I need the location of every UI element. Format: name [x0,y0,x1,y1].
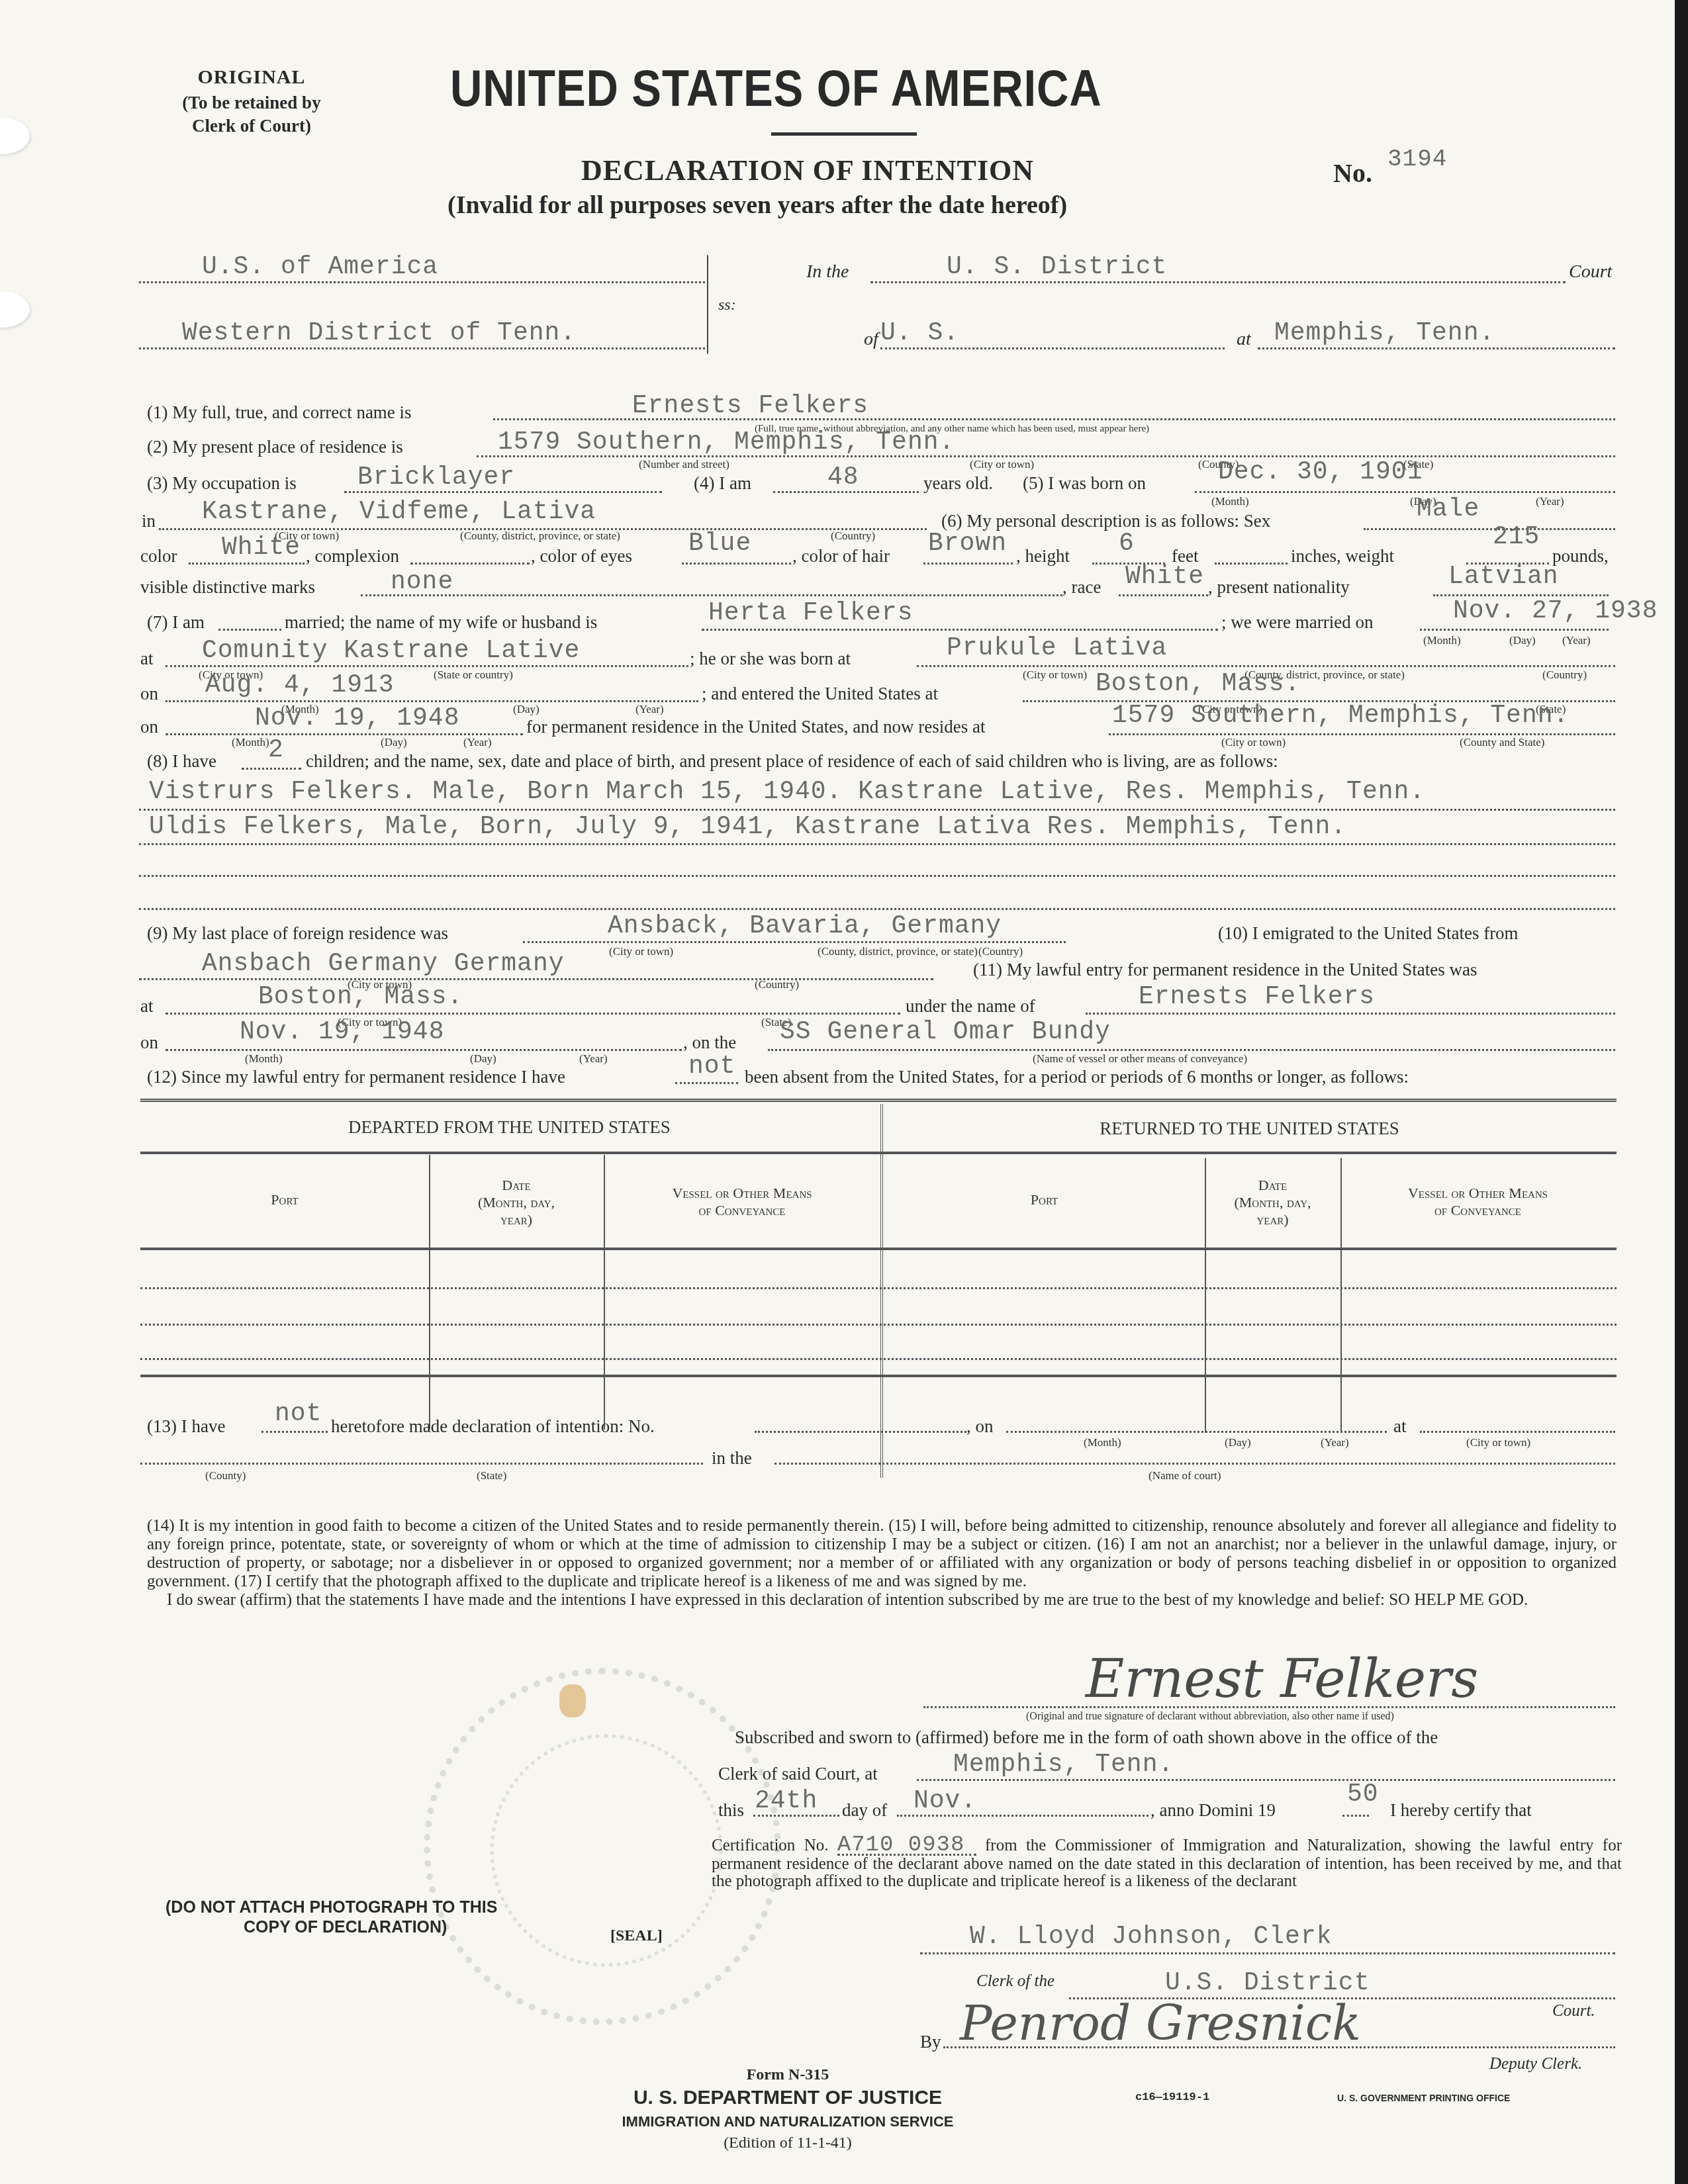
cap-spouse-resides-state: (County and State) [1460,736,1544,749]
cap-prior-day: (Day) [1225,1436,1251,1449]
department-name: U. S. DEPARTMENT OF JUSTICE [596,2087,980,2109]
clerk-at-label: Clerk of said Court, at [718,1764,878,1784]
cap-spouse-dob-day: (Day) [513,703,539,716]
marks-value: none [391,568,453,596]
binder-hole [0,118,30,154]
cap-prior-city: (City or town) [1466,1436,1530,1449]
cap-spouse-country: (Country) [1542,668,1587,682]
certification-number: A710 0938 [837,1837,976,1856]
day-value: 24th [755,1787,818,1815]
retained-note-2: Clerk of Court) [139,116,364,136]
clerk-at-value: Memphis, Tenn. [953,1751,1174,1779]
residence-value: 1579 Southern, Memphis, Tenn. [498,428,955,457]
month-line [897,1815,1149,1817]
marital-status-line [218,629,281,631]
original-label: ORIGINAL [179,66,324,89]
marks-label: visible distinctive marks [140,577,315,598]
eyes-label: , color of eyes [531,546,632,567]
occupation-line [344,491,662,493]
married-on-label: ; we were married on [1221,612,1373,633]
cap-spouse-entry-month: (Month) [232,736,269,749]
prior-court-line [774,1463,1615,1465]
absent-value: not [688,1052,735,1081]
validity-note: (Invalid for all purposes seven years af… [447,191,1067,220]
deputy-clerk-label: Deputy Clerk. [1489,2055,1582,2073]
retained-note: (To be retained by [139,93,364,113]
weight-value: 215 [1493,523,1540,551]
form-number: Form N-315 [662,2066,914,2084]
hair-line [923,563,1013,565]
cap-prior-year: (Year) [1321,1436,1349,1449]
document-subtitle: DECLARATION OF INTENTION [581,154,1034,187]
occupation-value: Bricklayer [357,463,515,492]
sex-line [1364,528,1615,530]
entry-at-line [165,1013,900,1015]
pounds-label: pounds, [1552,546,1609,567]
day-of-label: day of [842,1800,887,1821]
col-vessel-returned: Vessel or Other Meansof Conveyance [1340,1185,1615,1219]
under-name-value: Ernests Felkers [1139,983,1375,1011]
married-at-line [165,665,688,667]
prior-declaration-value: not [275,1400,322,1428]
vessel-value: SS General Omar Bundy [780,1018,1111,1046]
spouse-name-value: Herta Felkers [708,599,913,627]
prior-date-line [1006,1431,1387,1433]
spouse-born-label: ; he or she was born at [690,649,851,669]
married-at-label: at [140,649,154,669]
venue-country: U.S. of America [202,253,438,281]
venue-of-line [880,347,1225,349]
venue-at-line [1258,347,1615,349]
married-on-value: Nov. 27, 1938 [1453,597,1658,625]
child-line-1 [139,809,1615,811]
spouse-resides-value: 1579 Southern, Memphis, Tenn. [1112,702,1569,730]
complexion-label: , complexion [306,546,399,567]
color-value: White [222,533,301,562]
year-value: 50 [1347,1780,1379,1809]
spouse-entered-label: ; and entered the United States at [702,684,938,704]
entry-on-label: on [140,1032,158,1053]
age-line [773,491,919,493]
departed-header: DEPARTED FROM THE UNITED STATES [140,1117,878,1138]
child-line-2 [139,843,1615,845]
cap-married-at-state: (State or country) [434,668,513,682]
residence-line [477,455,1615,457]
photo-note: (DO NOT ATTACH PHOTOGRAPH TO THIS [165,1898,497,1917]
seal-label: [SEAL] [610,1927,663,1945]
cap-married-month: (Month) [1423,634,1461,647]
subscribed-text: Subscribed and sworn to (affirmed) befor… [735,1727,1438,1748]
prior-number-line [755,1431,966,1433]
anno-domini-label: , anno Domini 19 [1150,1800,1276,1821]
cap-entry-year: (Year) [579,1052,608,1066]
q2-label: (2) My present place of residence is [147,437,403,457]
marks-line [361,594,1062,596]
service-name: IMMIGRATION AND NATURALIZATION SERVICE [596,2113,980,2130]
year-line [1342,1815,1369,1817]
deputy-signature-line [943,2046,1615,2048]
scan-edge [1675,0,1688,2184]
q5-label: (5) I was born on [1023,473,1146,494]
nationality-value: Latvian [1448,563,1559,591]
cap-married-year: (Year) [1562,634,1591,647]
q13-label: (13) I have [147,1416,225,1437]
cap-birth-country: (Country) [831,529,875,543]
deputy-clerk-signature: Penrod Gresnick [960,1995,1361,2051]
absent-line [675,1082,738,1084]
col-port-returned: Port [884,1191,1205,1208]
q10-label: (10) I emigrated to the United States fr… [1218,923,1519,944]
binder-hole [0,291,30,328]
children-count-value: 2 [268,736,284,764]
declarant-signature: Ernest Felkers [1086,1648,1478,1709]
height-label: , height [1016,546,1070,567]
clerk-at-line [917,1779,1615,1781]
cap-spouse-city: (City or town) [1023,668,1087,682]
oath-paragraph: (14) It is my intention in good faith to… [147,1517,1617,1610]
declarant-signature-line [923,1706,1615,1708]
spouse-dob-value: Aug. 4, 1913 [205,671,395,700]
prior-declaration-line [261,1431,328,1433]
hair-value: Brown [928,529,1007,558]
entry-on-line [165,1049,682,1051]
number-label: No. [1333,158,1372,189]
height-feet-value: 6 [1119,529,1135,558]
signature-caption: (Original and true signature of declaran… [1026,1711,1394,1723]
cap-spouse-entry-year: (Year) [463,736,492,749]
day-line [753,1815,839,1817]
married-at-value: Comunity Kastrane Lative [202,637,580,665]
venue-court-line [870,281,1566,283]
q8-text: children; and the name, sex, date and pl… [306,751,1278,772]
race-value: White [1125,563,1204,591]
q7-label: (7) I am [147,612,205,633]
child-row-1: Vistrurs Felkers. Male, Born March 15, 1… [149,778,1425,806]
declaration-of-intention-page: ORIGINAL (To be retained by Clerk of Cou… [0,0,1688,2184]
cap-entry-month: (Month) [245,1052,283,1066]
venue-at: Memphis, Tenn. [1274,319,1495,347]
cap-prior-county: (County) [205,1469,246,1482]
married-on-line [1420,629,1609,631]
birth-date-value: Dec. 30, 1901 [1218,458,1423,486]
form-edition: (Edition of 11-1-41) [596,2134,980,2152]
paper-stain [559,1684,586,1717]
birth-date-line [1195,491,1615,493]
cap-vessel: (Name of vessel or other means of convey… [1033,1052,1247,1066]
children-count-line [242,768,301,770]
q12-label: (12) Since my lawful entry for permanent… [147,1067,565,1087]
clerk-name-value: W. Lloyd Johnson, Clerk [970,1923,1333,1951]
nationality-label: , present nationality [1208,577,1350,598]
q7-married-label: married; the name of my wife or husband … [285,612,597,633]
cap-foreign-country: (Country) [978,945,1023,958]
under-name-label: under the name of [906,996,1035,1017]
q3-label: (3) My occupation is [147,473,297,494]
at-label: at [1237,329,1251,350]
foreign-residence-line [523,941,1066,943]
table-row [140,1287,1617,1289]
complexion-line [410,563,530,565]
printer-name: U. S. GOVERNMENT PRINTING OFFICE [1337,2093,1510,2103]
cap-month: (Month) [1211,495,1249,508]
prior-on-label: , on [966,1416,994,1437]
cap-city: (City or town) [970,458,1034,471]
race-label: , race [1062,577,1101,598]
this-label: this [718,1800,744,1821]
color-label: color [140,546,177,567]
cap-street: (Number and street) [639,458,729,471]
cap-birth-county: (County, district, province, or state) [460,529,620,543]
by-label: By [920,2032,941,2052]
q6-label: (6) My personal description is as follow… [941,511,1270,531]
cap-prior-month: (Month) [1084,1436,1121,1449]
spouse-name-line [702,629,1218,631]
spouse-born-value: Prukule Lativa [947,634,1167,662]
nationality-line [1433,594,1609,596]
court-label: Court [1569,261,1612,283]
ss-label: ss: [718,296,736,314]
spouse-entered-value: Boston, Mass. [1096,670,1300,698]
photo-note-2: COPY OF DECLARATION) [244,1918,447,1937]
venue-district: Western District of Tenn. [182,319,576,347]
spouse-resides-line [1109,733,1615,735]
cap-spouse-dob-year: (Year) [635,703,664,716]
clerk-of-the-value: U.S. District [1165,1969,1370,1997]
spouse-entry-date-line [165,733,523,735]
q13-text: heretofore made declaration of intention… [331,1416,655,1437]
cap-spouse-resides-city: (City or town) [1221,736,1286,749]
years-old-label: years old. [923,473,993,494]
under-name-line [1086,1013,1615,1015]
venue-country-line [139,281,705,283]
prior-county-line [140,1463,703,1465]
col-vessel-departed: Vessel or Other Meansof Conveyance [604,1185,880,1219]
q12-text: been absent from the United States, for … [745,1067,1409,1087]
entry-at-label: at [140,996,154,1017]
prior-in-the-label: in the [712,1448,752,1469]
entry-at-value: Boston, Mass. [258,983,463,1011]
table-row [140,1324,1617,1326]
full-name-value: Ernests Felkers [632,392,868,420]
venue-court: U. S. District [947,253,1167,281]
clerk-name-line [920,1952,1615,1954]
prior-city-line [1420,1431,1615,1433]
emigrated-from-value: Ansbach Germany Germany [202,950,565,978]
full-name-line [493,418,1615,420]
q4-label: (4) I am [694,473,751,494]
prior-at-label: at [1393,1416,1407,1437]
birthplace-value: Kastrane, Vidfeme, Lativa [202,498,596,526]
child-row-2: Uldis Felkers, Male, Born, July 9, 1941,… [149,813,1346,841]
month-value: Nov. [914,1787,976,1815]
eyes-line [682,563,791,565]
venue-brace [707,255,708,354]
vessel-label: , on the [683,1032,736,1053]
foreign-residence-value: Ansback, Bavaria, Germany [608,912,1002,940]
sex-value: Male [1417,495,1479,523]
cap-spouse-entry-day: (Day) [381,736,407,749]
eyes-value: Blue [688,529,751,558]
q11-label: (11) My lawful entry for permanent resid… [973,960,1477,980]
hair-label: , color of hair [792,546,890,567]
spouse-entry-date-value: Nov. 19, 1948 [255,704,459,733]
spouse-dob-line [165,700,698,702]
child-line-4 [139,908,1615,910]
inches-label: inches, weight [1291,546,1394,567]
cap-year: (Year) [1536,495,1564,508]
document-title: UNITED STATES OF AMERICA [450,58,1102,118]
spouse-dob-on-label: on [140,684,158,704]
cap-foreign-city: (City or town) [609,945,673,958]
emigrated-from-line [139,978,933,980]
birth-in-label: in [142,511,156,531]
cap-emigrated-country: (Country) [755,978,799,991]
declaration-number: 3194 [1387,146,1447,173]
race-line [1119,594,1208,596]
cap-entry-day: (Day) [470,1052,496,1066]
spouse-resides-label: for permanent residence in the United St… [526,717,986,737]
q1-label: (1) My full, true, and correct name is [147,402,412,423]
col-date-departed: Date(Month, day,year) [429,1177,604,1228]
cap-foreign-county: (County, district, province, or state) [818,945,978,958]
vessel-line [768,1049,1615,1051]
col-date-returned: Date(Month, day,year) [1205,1177,1340,1228]
cap-married-day: (Day) [1509,634,1536,647]
venue-of: U. S. [880,319,959,347]
height-inches-line [1215,563,1288,565]
in-the-label: In the [806,261,849,283]
court-suffix-label: Court. [1552,2002,1595,2021]
of-label: of [864,329,878,350]
q9-label: (9) My last place of foreign residence w… [147,923,448,944]
clerk-of-the-label: Clerk of the [976,1972,1055,1991]
certify-label: I hereby certify that [1390,1800,1532,1821]
title-rule [771,132,917,136]
certification-paragraph: Certification No. A710 0938 from the Com… [712,1837,1622,1890]
returned-header: RETURNED TO THE UNITED STATES [884,1118,1615,1139]
child-line-3 [139,875,1615,877]
cap-prior-state: (State) [477,1469,506,1482]
entry-on-value: Nov. 19, 1948 [240,1018,444,1046]
color-line [189,563,305,565]
col-port-departed: Port [140,1191,429,1208]
age-value: 48 [827,463,859,492]
print-code: c16—19119-1 [1135,2091,1209,2104]
table-row [140,1358,1617,1360]
spouse-born-line [917,665,1615,667]
venue-district-line [139,347,705,349]
spouse-entry-on-label: on [140,717,158,737]
cap-prior-court: (Name of court) [1149,1469,1221,1482]
q8-label: (8) I have [147,751,216,772]
